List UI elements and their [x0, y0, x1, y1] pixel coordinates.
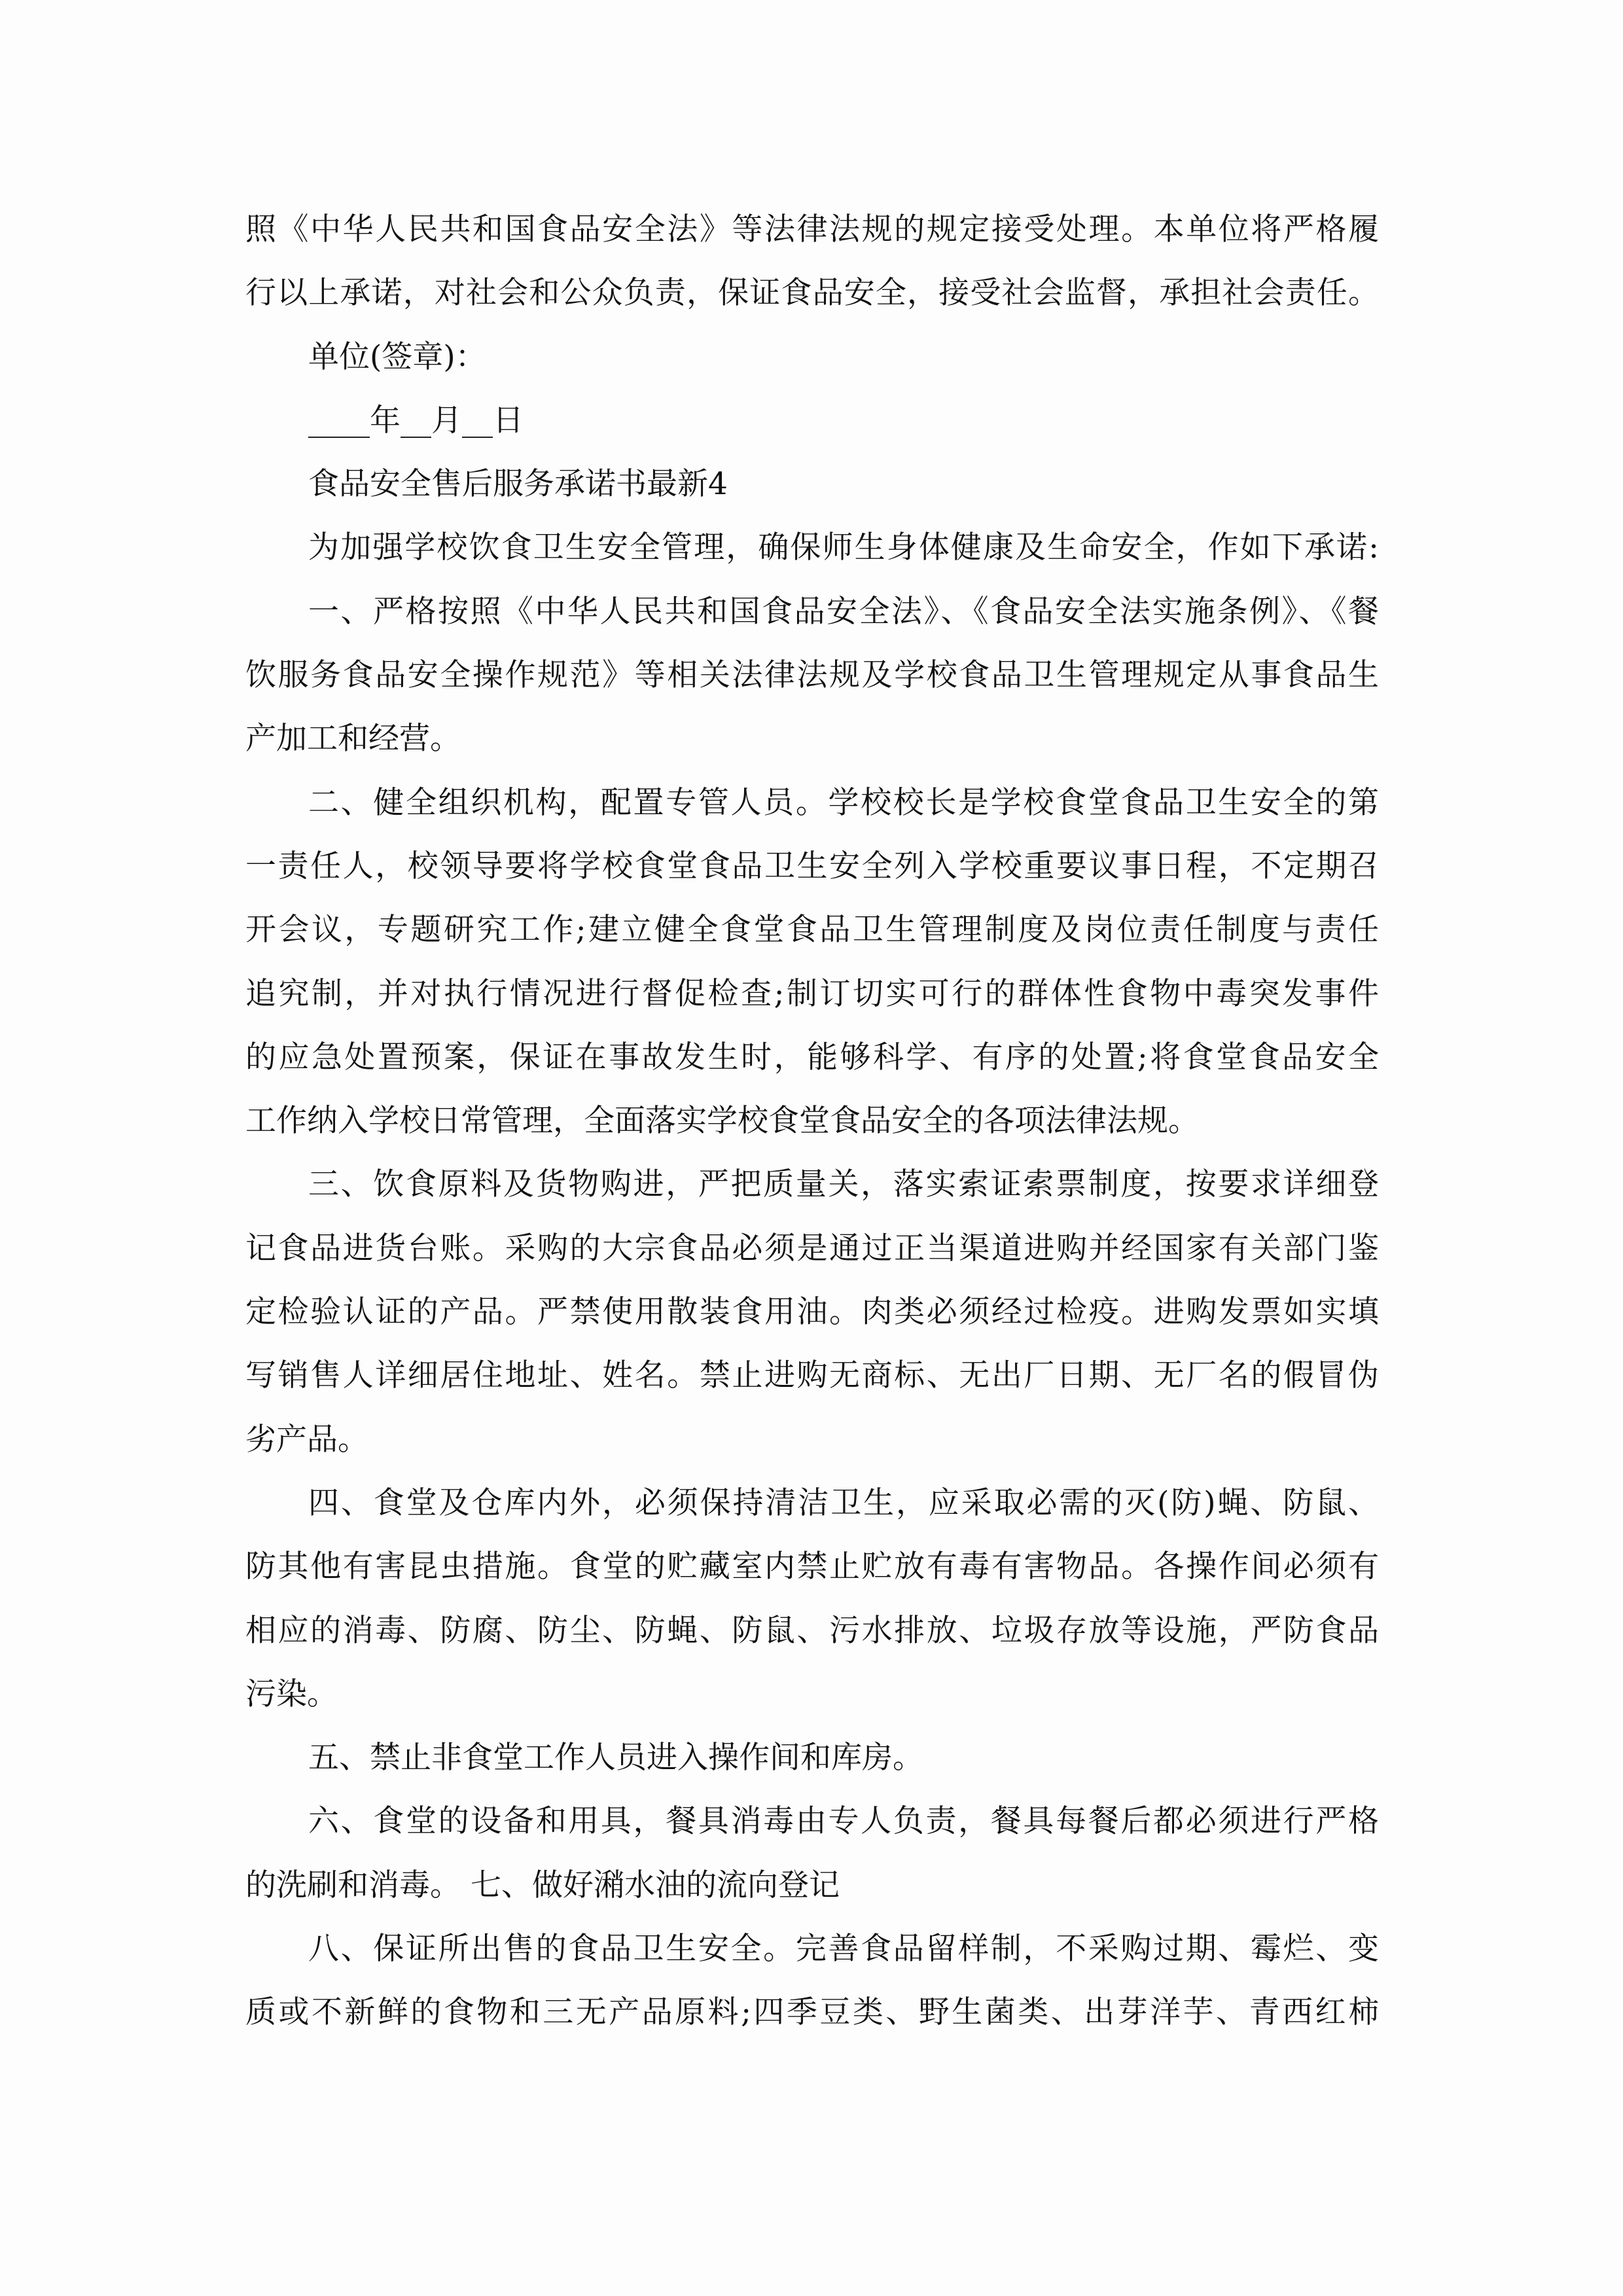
item-1-line-0: 一、严格按照《中华人民共和国食品安全法》、《食品安全法实施条例》、《餐: [245, 580, 1379, 643]
item-2-line-4: 的应急处置预案，保证在事故发生时，能够科学、有序的处置;将食堂食品安全: [245, 1026, 1379, 1089]
item-8-line-0: 八、保证所出售的食品卫生安全。完善食品留样制，不采购过期、霉烂、变: [245, 1917, 1379, 1981]
item-6-line-0: 六、食堂的设备和用具，餐具消毒由专人负责，餐具每餐后都必须进行严格: [245, 1789, 1379, 1853]
intro-line: 为加强学校饮食卫生安全管理，确保师生身体健康及生命安全，作如下承诺:: [245, 516, 1379, 579]
item-2-line-1: 一责任人，校领导要将学校食堂食品卫生安全列入学校重要议事日程，不定期召: [245, 834, 1379, 898]
item-3-line-0: 三、饮食原料及货物购进，严把质量关，落实索证索票制度，按要求详细登: [245, 1153, 1379, 1216]
item-2-line-2: 开会议，专题研究工作;建立健全食堂食品卫生管理制度及岗位责任制度与责任: [245, 898, 1379, 961]
date-line: ____年__月__日: [245, 389, 1379, 452]
item-2-line-0: 二、健全组织机构，配置专管人员。学校校长是学校食堂食品卫生安全的第: [245, 771, 1379, 834]
item-3-line-4: 劣产品。: [245, 1408, 1379, 1471]
item-1-line-1: 饮服务食品安全操作规范》等相关法律法规及学校食品卫生管理规定从事食品生: [245, 643, 1379, 707]
item-3-line-2: 定检验认证的产品。严禁使用散装食用油。肉类必须经过检疫。进购发票如实填: [245, 1280, 1379, 1344]
item-5-line-0: 五、禁止非食堂工作人员进入操作间和库房。: [245, 1726, 1379, 1789]
item-1-line-2: 产加工和经营。: [245, 707, 1379, 770]
item-4-line-3: 污染。: [245, 1662, 1379, 1726]
item-8-line-1: 质或不新鲜的食物和三无产品原料;四季豆类、野生菌类、出芽洋芋、青西红柿: [245, 1981, 1379, 2044]
signature-label: 单位(签章)：: [245, 325, 1379, 389]
paragraph-line-0: 照《中华人民共和国食品安全法》等法律法规的规定接受处理。本单位将严格履: [245, 198, 1379, 261]
item-4-line-2: 相应的消毒、防腐、防尘、防蝇、防鼠、污水排放、垃圾存放等设施，严防食品: [245, 1599, 1379, 1662]
paragraph-line-1: 行以上承诺，对社会和公众负责，保证食品安全，接受社会监督，承担社会责任。: [245, 261, 1379, 325]
section-title: 食品安全售后服务承诺书最新4: [245, 452, 1379, 516]
item-3-line-1: 记食品进货台账。采购的大宗食品必须是通过正当渠道进购并经国家有关部门鉴: [245, 1217, 1379, 1280]
item-4-line-0: 四、食堂及仓库内外，必须保持清洁卫生，应采取必需的灭(防)蝇、防鼠、: [245, 1471, 1379, 1535]
document-page: 照《中华人民共和国食品安全法》等法律法规的规定接受处理。本单位将严格履 行以上承…: [245, 198, 1379, 2045]
item-2-line-5: 工作纳入学校日常管理，全面落实学校食堂食品安全的各项法律法规。: [245, 1089, 1379, 1153]
item-3-line-3: 写销售人详细居住地址、姓名。禁止进购无商标、无出厂日期、无厂名的假冒伪: [245, 1344, 1379, 1407]
item-4-line-1: 防其他有害昆虫措施。食堂的贮藏室内禁止贮放有毒有害物品。各操作间必须有: [245, 1535, 1379, 1598]
item-6-7-line-1: 的洗刷和消毒。 七、做好潲水油的流向登记: [245, 1854, 1379, 1917]
item-2-line-3: 追究制，并对执行情况进行督促检查;制订切实可行的群体性食物中毒突发事件: [245, 962, 1379, 1026]
